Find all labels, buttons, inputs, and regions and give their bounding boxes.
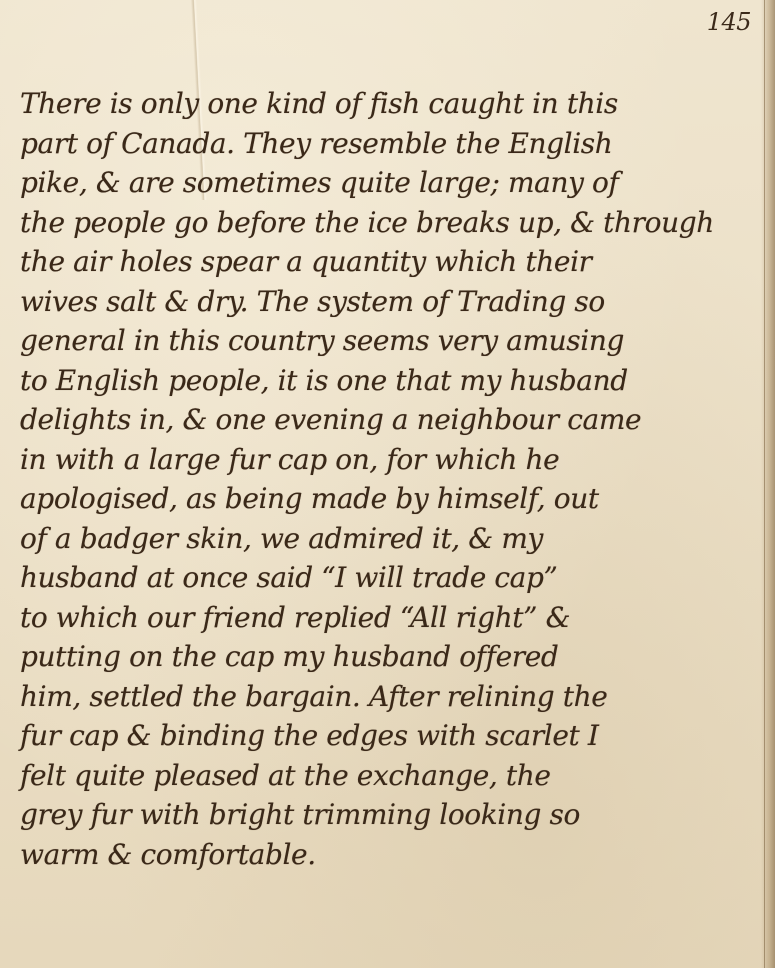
text-line: the people go before the ice breaks up, … (20, 203, 760, 243)
text-line: of a badger skin, we admired it, & my (20, 519, 760, 559)
binding-edge-line (764, 0, 765, 968)
text-line: fur cap & binding the edges with scarlet… (20, 716, 760, 756)
text-line: apologised, as being made by himself, ou… (20, 479, 760, 519)
text-line: wives salt & dry. The system of Trading … (20, 282, 760, 322)
text-line: to which our friend replied “All right” … (20, 598, 760, 638)
text-line: There is only one kind of fish caught in… (20, 84, 760, 124)
text-line: him, settled the bargain. After relining… (20, 677, 760, 717)
text-line: to English people, it is one that my hus… (20, 361, 760, 401)
text-line: pike, & are sometimes quite large; many … (20, 163, 760, 203)
text-line: grey fur with bright trimming looking so (20, 795, 760, 835)
manuscript-page: 145 There is only one kind of fish caugh… (0, 0, 775, 968)
text-line: felt quite pleased at the exchange, the (20, 756, 760, 796)
text-line: husband at once said “I will trade cap” (20, 558, 760, 598)
text-line: in with a large fur cap on, for which he (20, 440, 760, 480)
text-line: the air holes spear a quantity which the… (20, 242, 760, 282)
text-line: putting on the cap my husband offered (20, 637, 760, 677)
text-line: general in this country seems very amusi… (20, 321, 760, 361)
handwritten-text-block: There is only one kind of fish caught in… (20, 84, 760, 874)
page-number: 145 (707, 8, 751, 36)
text-line: delights in, & one evening a neighbour c… (20, 400, 760, 440)
text-line: part of Canada. They resemble the Englis… (20, 124, 760, 164)
text-line: warm & comfortable. (20, 835, 760, 875)
